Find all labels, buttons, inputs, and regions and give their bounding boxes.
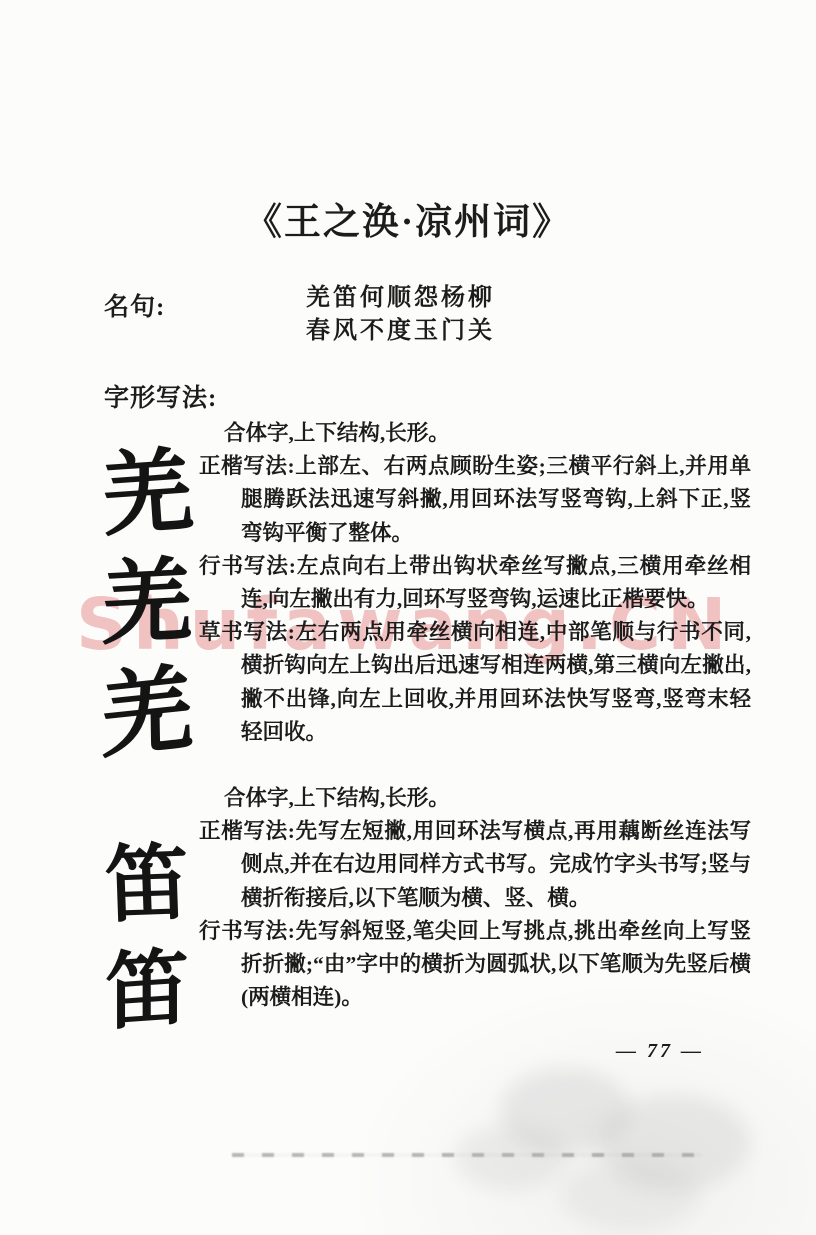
section-gap <box>199 749 751 782</box>
writing-descriptions: 合体字,上下结构,长形。 正楷写法:上部左、右两点顾盼生姿;三横平行斜上,并用单… <box>199 417 751 1014</box>
scan-smudge-line <box>232 1153 702 1157</box>
calligraphy-qiang-regular-script: 羌 <box>89 443 205 542</box>
method-label: 行书写法: <box>199 919 295 943</box>
scan-bleedthrough-blob <box>455 1125 565 1190</box>
poem-couplet: 羌笛何顺怨杨柳 春风不度玉门关 <box>306 282 495 348</box>
method-label: 正楷写法: <box>199 819 295 843</box>
method-text: 左右两点用牵丝横向相连,中部笔顺与行书不同,横折钩向左上钩出后迅速写相连两横,第… <box>241 620 751 744</box>
method-text: 上部左、右两点顾盼生姿;三横平行斜上,并用单腿腾跃法迅速写斜撇,用回环法写竖弯钩… <box>241 454 751 544</box>
method-paragraph-di-running: 行书写法:先写斜短竖,笔尖回上写挑点,挑出牵丝向上写竖折折撇;“由”字中的横折为… <box>199 915 751 1015</box>
scan-bleedthrough-blob <box>600 1095 750 1190</box>
method-label: 行书写法: <box>199 554 296 578</box>
structure-note-di: 合体字,上下结构,长形。 <box>224 782 751 815</box>
scan-bleedthrough-blob <box>500 1068 630 1153</box>
page-number: — 77 — <box>575 1040 745 1063</box>
method-paragraph-qiang-regular: 正楷写法:上部左、右两点顾盼生姿;三横平行斜上,并用单腿腾跃法迅速写斜撇,用回环… <box>199 450 751 550</box>
calligraphy-qiang-running-script: 羌 <box>92 553 202 651</box>
method-paragraph-qiang-cursive: 草书写法:左右两点用牵丝横向相连,中部笔顺与行书不同,横折钩向左上钩出后迅速写相… <box>199 616 751 749</box>
structure-note-qiang: 合体字,上下结构,长形。 <box>224 417 751 450</box>
poem-line-1: 羌笛何顺怨杨柳 <box>306 282 495 315</box>
calligraphy-di-regular-script: 笛 <box>91 840 204 928</box>
method-paragraph-qiang-running: 行书写法:左点向右上带出钩状牵丝写撇点,三横用牵丝相连,向左撇出有力,回环写竖弯… <box>199 550 751 616</box>
calligraphy-di-running-script: 笛 <box>92 944 202 1036</box>
method-text: 先写左短撇,用回环法写横点,再用藕断丝连法写侧点,并在右边用同样方式书写。完成竹… <box>241 819 751 909</box>
method-paragraph-di-regular: 正楷写法:先写左短撇,用回环法写横点,再用藕断丝连法写侧点,并在右边用同样方式书… <box>199 815 751 915</box>
method-text: 先写斜短竖,笔尖回上写挑点,挑出牵丝向上写竖折折撇;“由”字中的横折为圆弧状,以… <box>241 919 751 1009</box>
method-text: 左点向右上带出钩状牵丝写撇点,三横用牵丝相连,向左撇出有力,回环写竖弯钩,运速比… <box>241 554 751 611</box>
calligraphy-qiang-cursive-script: 羌 <box>91 660 202 766</box>
method-label: 草书写法: <box>199 620 295 644</box>
writing-section-header: 字形写法: <box>104 378 217 414</box>
scan-bleedthrough-blob <box>560 1160 700 1230</box>
famous-lines-label: 名句: <box>104 287 165 323</box>
poem-line-2: 春风不度玉门关 <box>306 315 495 348</box>
method-label: 正楷写法: <box>199 454 295 478</box>
page-title: 《王之涣·凉州词》 <box>0 191 816 245</box>
